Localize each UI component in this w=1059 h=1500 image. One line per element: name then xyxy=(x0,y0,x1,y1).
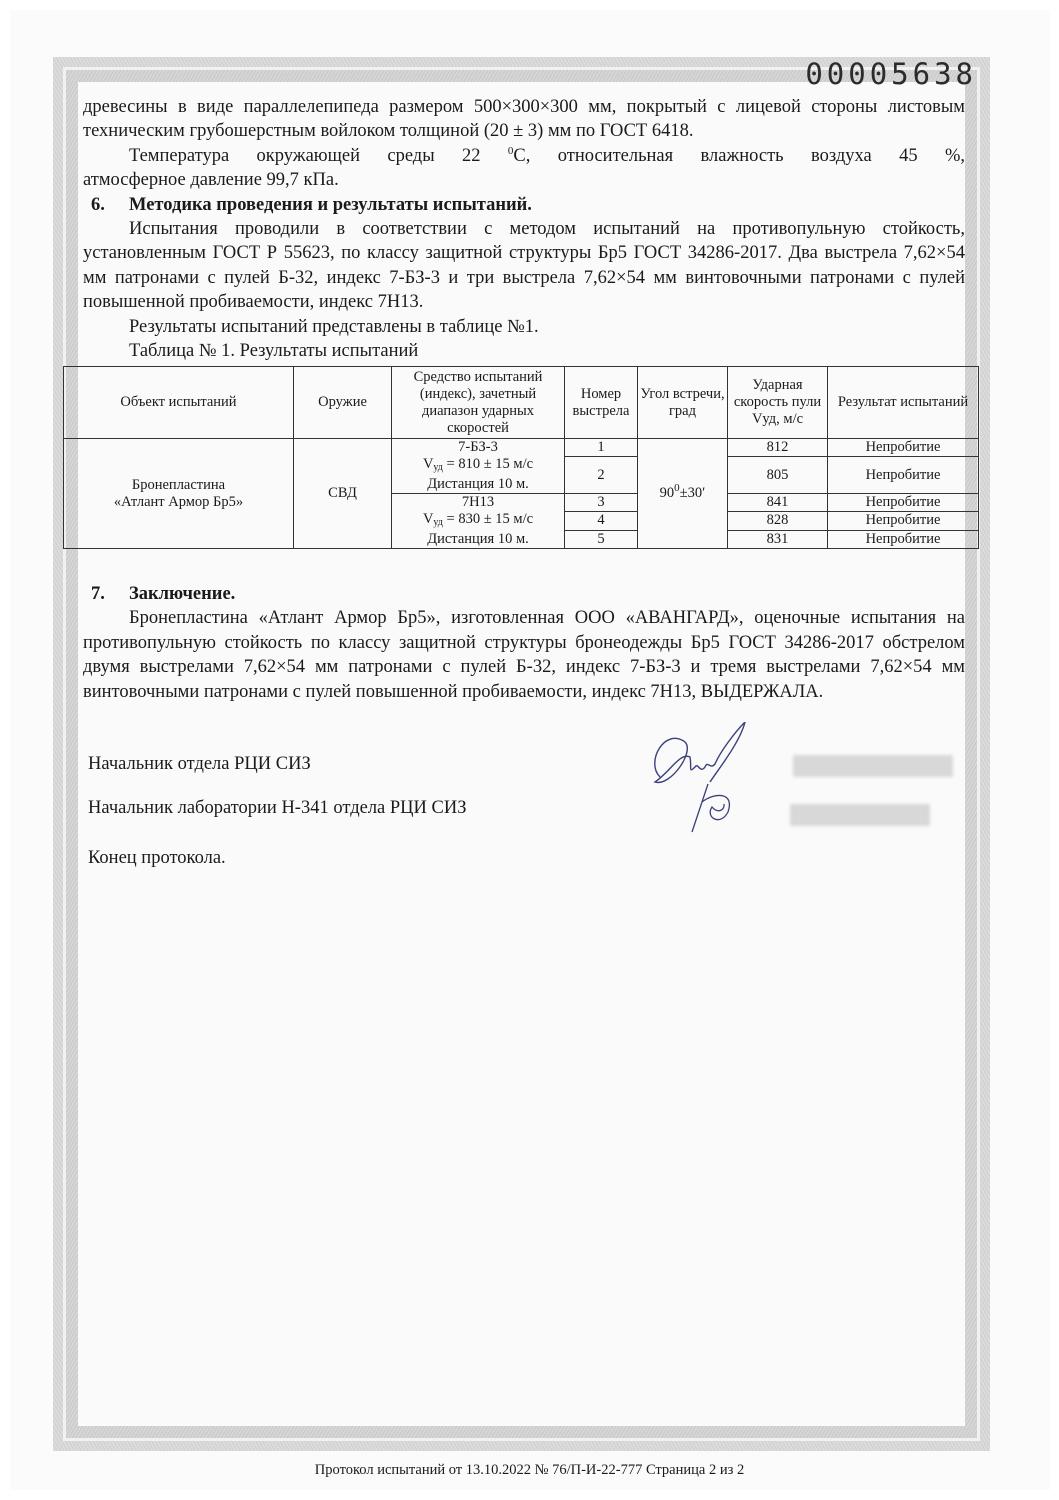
cell-speed: 828 xyxy=(728,512,828,530)
section-6-heading: 6.Методика проведения и результаты испыт… xyxy=(83,193,965,217)
section-number: 7. xyxy=(91,582,129,606)
table-caption: Таблица № 1. Результаты испытаний xyxy=(83,339,965,363)
angle-tolerance: ±30′ xyxy=(680,485,706,501)
conclusion-block: 7.Заключение. Бронепластина «Атлант Армо… xyxy=(83,582,965,704)
cell-result: Непробитие xyxy=(828,494,979,512)
object-name: Бронепластина xyxy=(66,477,291,494)
v-value: = 830 ± 15 м/с xyxy=(443,511,533,527)
cell-result: Непробитие xyxy=(828,439,979,457)
conditions-text: Температура окружающей среды 22 xyxy=(129,146,508,166)
cell-shot: 3 xyxy=(565,494,638,512)
cell-result: Непробитие xyxy=(828,530,979,548)
v-subscript: уд xyxy=(433,462,442,473)
section-title: Методика проведения и результаты испытан… xyxy=(129,195,532,215)
redacted-name-2 xyxy=(790,804,930,826)
section-7-body: Бронепластина «Атлант Армор Бр5», изгото… xyxy=(83,606,965,704)
header-means: Средство испытаний (индекс), зачетный ди… xyxy=(392,367,565,439)
means-index: 7Н13 xyxy=(394,494,562,511)
results-table: Объект испытаний Оружие Средство испытан… xyxy=(63,366,979,549)
table-row: Бронепластина «Атлант Армор Бр5» СВД 7-Б… xyxy=(64,439,979,457)
signer-lab-head: Начальник лаборатории Н-341 отдела РЦИ С… xyxy=(88,796,466,820)
signer-department-head: Начальник отдела РЦИ СИЗ xyxy=(88,752,311,776)
section-number: 6. xyxy=(91,193,129,217)
table-header-row: Объект испытаний Оружие Средство испытан… xyxy=(64,367,979,439)
cell-speed: 831 xyxy=(728,530,828,548)
angle-value: 90 xyxy=(660,485,675,501)
header-shot-number: Номер выстрела xyxy=(565,367,638,439)
cell-object: Бронепластина «Атлант Армор Бр5» xyxy=(64,439,294,549)
cell-speed: 805 xyxy=(728,457,828,494)
header-result: Результат испытаний xyxy=(828,367,979,439)
v-symbol: V xyxy=(423,456,433,472)
header-object: Объект испытаний xyxy=(64,367,294,439)
results-table-wrapper: Объект испытаний Оружие Средство испытан… xyxy=(63,366,979,549)
cell-shot: 5 xyxy=(565,530,638,548)
section-6-body: Испытания проводили в соответствии с мет… xyxy=(83,217,965,315)
cell-shot: 4 xyxy=(565,512,638,530)
paragraph-materials: древесины в виде параллелепипеда размеро… xyxy=(83,95,965,144)
cell-means-1: 7-БЗ-3 Vуд = 810 ± 15 м/с Дистанция 10 м… xyxy=(392,439,565,494)
means-velocity: Vуд = 810 ± 15 м/с xyxy=(394,456,562,476)
means-index: 7-БЗ-3 xyxy=(394,439,562,456)
cell-angle: 900±30′ xyxy=(638,439,728,549)
cell-means-2: 7Н13 Vуд = 830 ± 15 м/с Дистанция 10 м. xyxy=(392,494,565,549)
page-footer: Протокол испытаний от 13.10.2022 № 76/П-… xyxy=(0,1462,1059,1479)
means-distance: Дистанция 10 м. xyxy=(394,531,562,548)
paragraph-conditions-line1: Температура окружающей среды 22 0С, отно… xyxy=(83,144,965,168)
object-model: «Атлант Армор Бр5» xyxy=(66,494,291,511)
v-value: = 810 ± 15 м/с xyxy=(443,456,533,472)
redacted-name-1 xyxy=(793,755,953,777)
conditions-text-cont: С, относительная влажность воздуха 45 %, xyxy=(513,146,965,166)
results-reference: Результаты испытаний представлены в табл… xyxy=(83,315,965,339)
cell-speed: 812 xyxy=(728,439,828,457)
means-velocity: Vуд = 830 ± 15 м/с xyxy=(394,511,562,531)
document-body: древесины в виде параллелепипеда размеро… xyxy=(83,95,965,363)
serial-number: 00005638 xyxy=(805,58,977,90)
section-7-heading: 7.Заключение. xyxy=(83,582,965,606)
header-speed: Ударная скорость пули Vуд, м/с xyxy=(728,367,828,439)
header-weapon: Оружие xyxy=(294,367,392,439)
v-symbol: V xyxy=(423,511,433,527)
means-distance: Дистанция 10 м. xyxy=(394,476,562,493)
paragraph-conditions-line2: атмосферное давление 99,7 кПа. xyxy=(83,168,965,192)
v-subscript: уд xyxy=(433,517,442,528)
header-angle: Угол встречи, град xyxy=(638,367,728,439)
cell-speed: 841 xyxy=(728,494,828,512)
cell-weapon: СВД xyxy=(294,439,392,549)
section-title: Заключение. xyxy=(129,584,235,604)
cell-shot: 2 xyxy=(565,457,638,494)
cell-result: Непробитие xyxy=(828,457,979,494)
cell-result: Непробитие xyxy=(828,512,979,530)
cell-shot: 1 xyxy=(565,439,638,457)
signature-icon xyxy=(640,722,780,842)
end-of-protocol: Конец протокола. xyxy=(88,846,226,870)
